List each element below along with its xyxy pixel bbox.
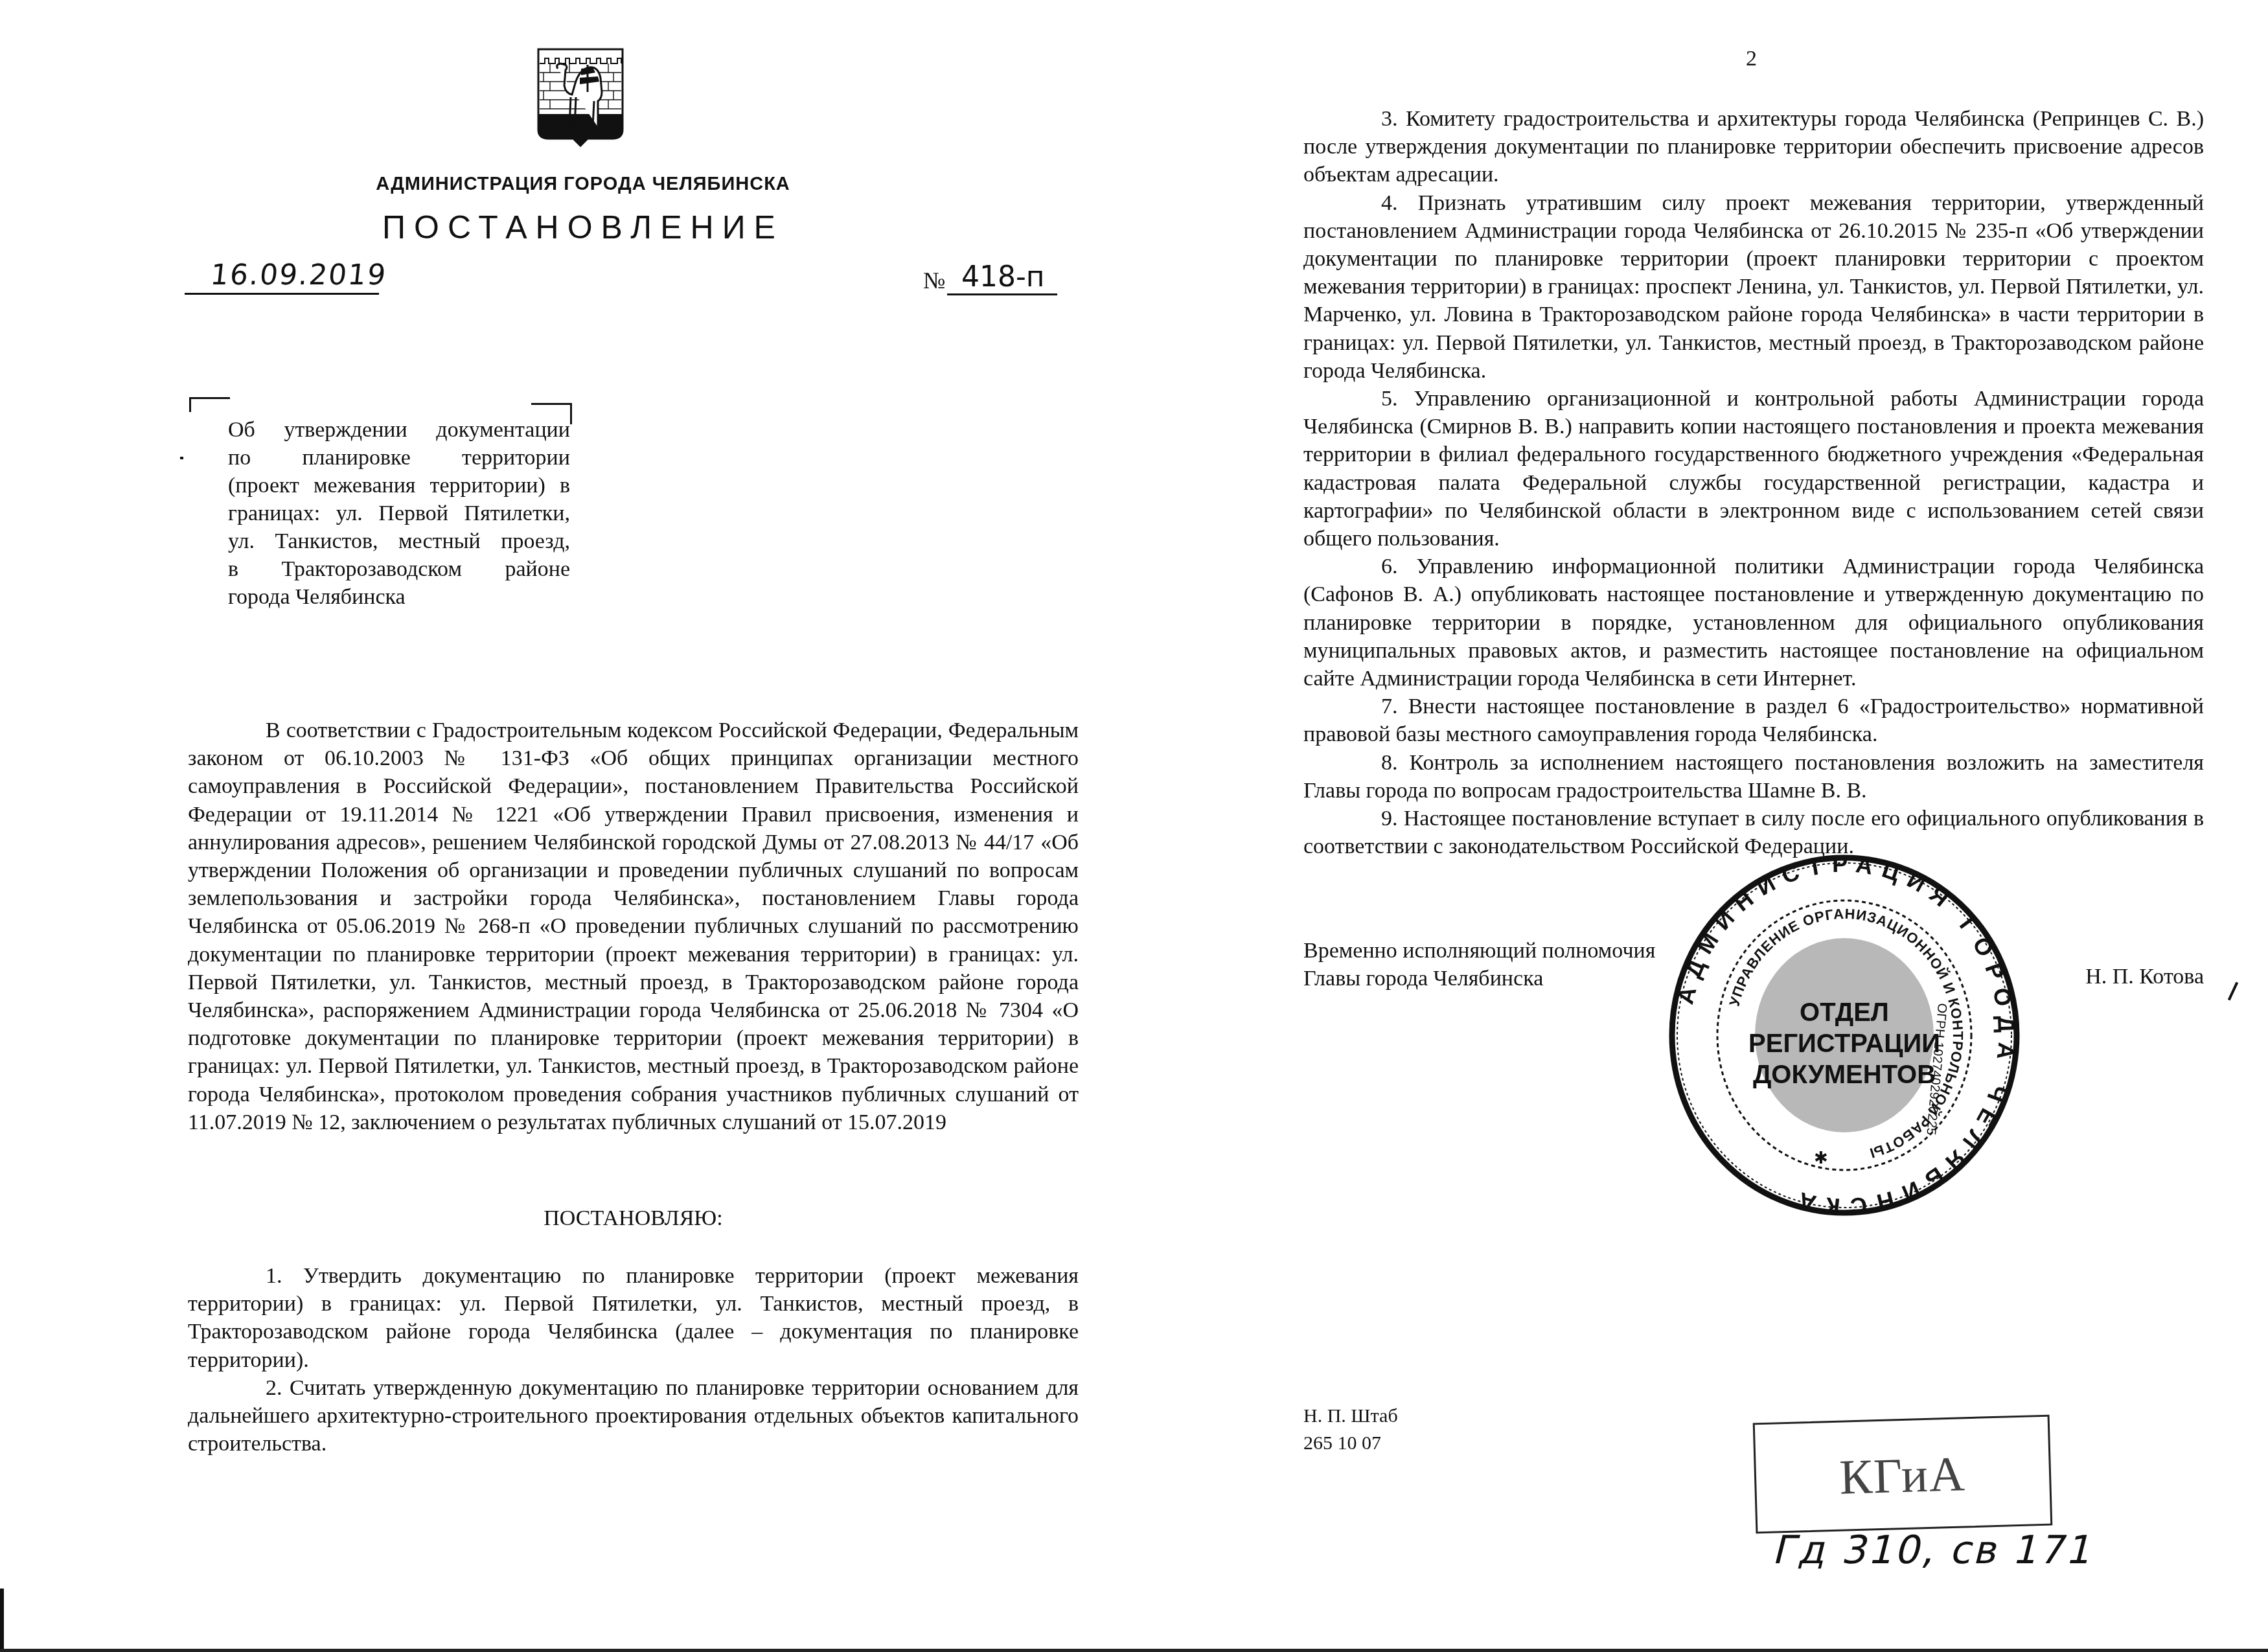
seal-center-line: ОТДЕЛ [1800, 998, 1889, 1027]
executor-info: Н. П. Штаб 265 10 07 [1303, 1403, 1398, 1457]
subject-line: по планировке территории [228, 444, 570, 472]
signer-title: Временно исполняющий полномочия Главы го… [1303, 937, 1655, 992]
number-label: № [923, 267, 945, 294]
subject-line: границах: ул. Первой Пятилетки, [228, 499, 570, 527]
page-number: 2 [1746, 47, 1757, 71]
coat-of-arms-emblem [536, 47, 625, 147]
signer-name: Н. П. Котова [2073, 965, 2204, 989]
subject-line: в Тракторозаводском районе [228, 555, 570, 583]
official-seal-stamp: АДМИНИСТРАЦИЯ ГОРОДА ЧЕЛЯБИНСКА УПРАВЛЕН… [1666, 854, 2022, 1217]
department-stamp-box: КГиА [1753, 1415, 2053, 1534]
handwritten-note: Гд 310, св 171 [1769, 1528, 2100, 1573]
preamble-paragraph: В соответствии с Градостроительным кодек… [188, 717, 1079, 1136]
seal-star-icon: ✱ [1814, 1149, 1828, 1167]
resolution-item: 4. Признать утратившим силу проект межев… [1303, 189, 2204, 385]
subject-line: (проект межевания территории) в [228, 472, 570, 499]
document-date: 16.09.2019 [209, 258, 388, 292]
organization-name: АДМИНИСТРАЦИЯ ГОРОДА ЧЕЛЯБИНСКА [350, 174, 816, 195]
scan-speck [180, 457, 183, 459]
scan-edge-mark [0, 1589, 4, 1652]
resolution-item: 2. Считать утвержденную документацию по … [188, 1374, 1079, 1458]
resolution-items-page2: 3. Комитету градостроительства и архитек… [1303, 105, 2204, 860]
resolution-item: 8. Контроль за исполнением настоящего по… [1303, 749, 2204, 805]
document-type-heading: ПОСТАНОВЛЕНИЕ [350, 209, 816, 246]
document-number-field: 418-п [947, 262, 1057, 295]
subject-corner-left [189, 397, 230, 412]
subject-line: города Челябинска [228, 583, 570, 611]
resolution-item: 9. Настоящее постановление вступает в си… [1303, 805, 2204, 860]
resolution-item: 5. Управлению организационной и контроль… [1303, 385, 2204, 553]
executor-name: Н. П. Штаб [1303, 1403, 1398, 1430]
resolution-items-page1: 1. Утвердить документацию по планировке … [188, 1262, 1079, 1458]
document-number: 418-п [961, 260, 1045, 293]
scan-speck [2228, 982, 2238, 1001]
department-stamp-label: КГиА [1756, 1444, 2050, 1509]
scan-bottom-edge [0, 1649, 2268, 1652]
signer-title-line: Временно исполняющий полномочия [1303, 937, 1655, 965]
document-subject: Об утверждении документации по планировк… [228, 416, 570, 611]
seal-center-line: ДОКУМЕНТОВ [1753, 1061, 1936, 1089]
signer-title-line: Главы города Челябинска [1303, 965, 1655, 992]
seal-center-line: РЕГИСТРАЦИИ [1748, 1029, 1940, 1058]
resolution-item: 6. Управлению информационной политики Ад… [1303, 553, 2204, 693]
subject-line: ул. Танкистов, местный проезд, [228, 527, 570, 555]
resolution-item: 7. Внести настоящее постановление в разд… [1303, 693, 2204, 748]
resolve-heading: ПОСТАНОВЛЯЮ: [188, 1206, 1079, 1231]
resolution-item: 3. Комитету градостроительства и архитек… [1303, 105, 2204, 189]
executor-phone: 265 10 07 [1303, 1430, 1398, 1457]
preamble-text: В соответствии с Градостроительным кодек… [188, 717, 1079, 1136]
document-date-field: 16.09.2019 [185, 259, 379, 295]
subject-line: Об утверждении документации [228, 416, 570, 444]
resolution-item: 1. Утвердить документацию по планировке … [188, 1262, 1079, 1374]
